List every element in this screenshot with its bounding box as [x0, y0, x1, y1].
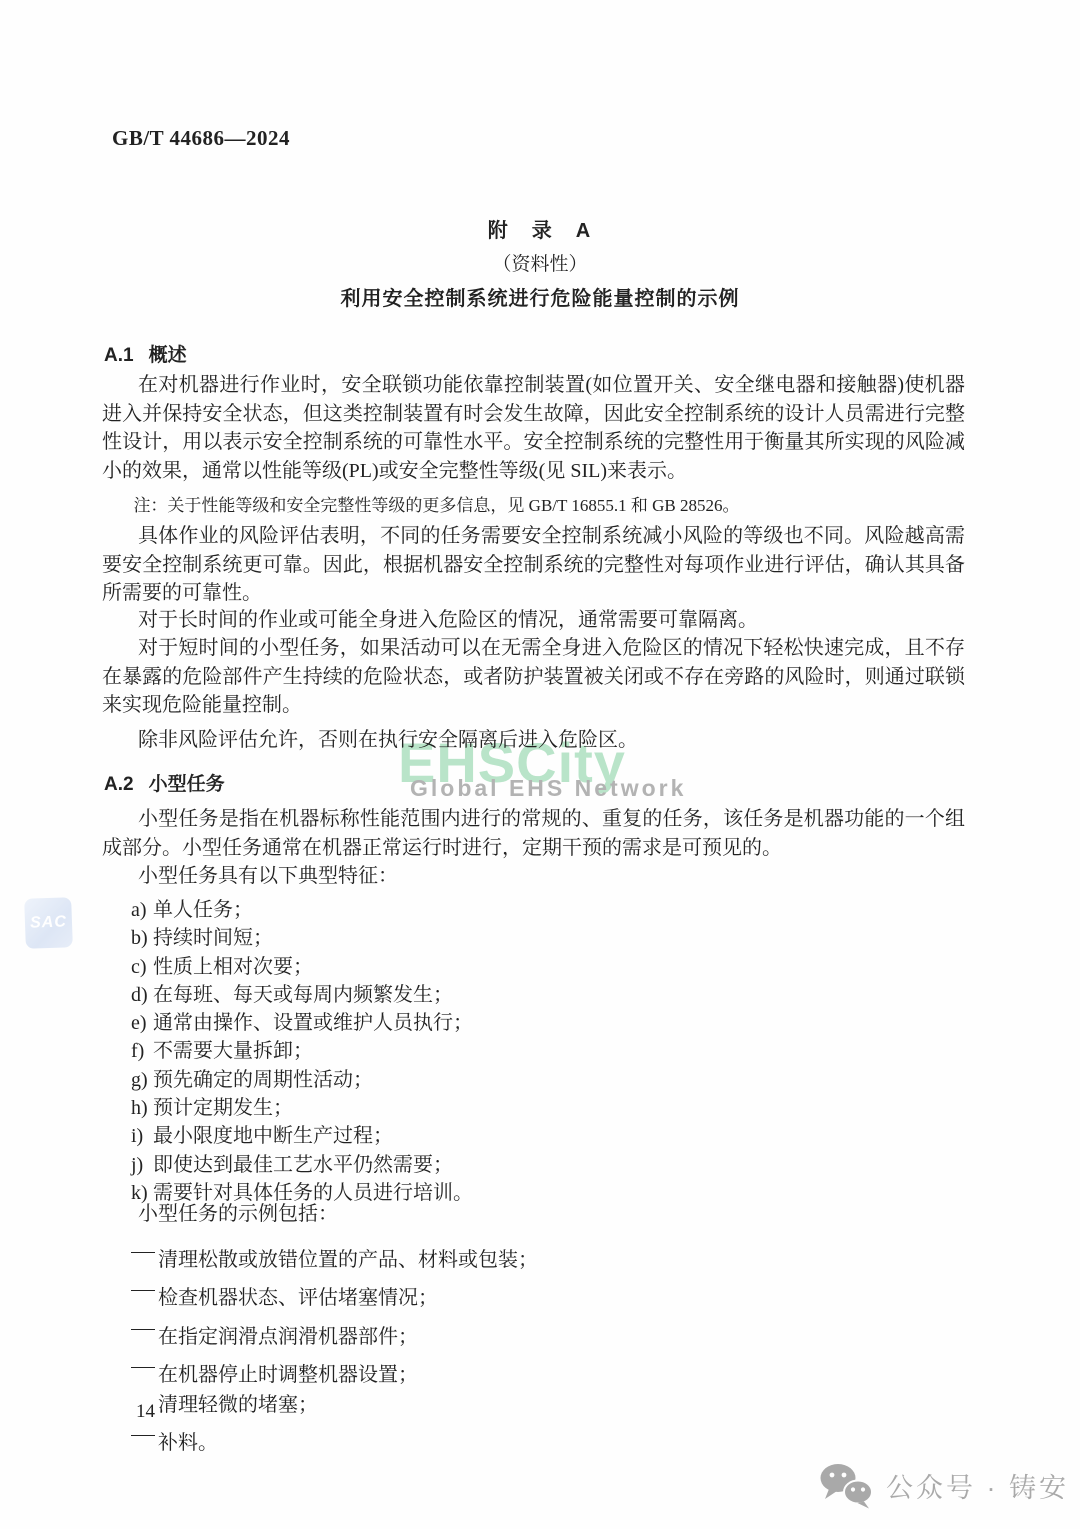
list-item-label: b)	[131, 924, 153, 952]
appendix-type: （资料性）	[0, 248, 1080, 282]
appendix-label: 附 录 A	[0, 214, 1080, 248]
section-heading-a2: A.2小型任务	[104, 769, 225, 796]
dash-item: ——检查机器状态、评估堵塞情况；	[131, 1275, 965, 1313]
paragraph: 对于短时间的小型任务，如果活动可以在无需全身进入危险区的情况下轻松快速完成，且不…	[102, 634, 965, 720]
list-item-text: 预计定期发生；	[153, 1097, 293, 1119]
list-item-label: j)	[131, 1151, 153, 1179]
paragraph: 除非风险评估允许，否则在执行安全隔离后进入危险区。	[102, 726, 965, 755]
dash-item: ——在指定润滑点润滑机器部件；	[131, 1314, 965, 1352]
watermark-tagline: Global EHS Network	[410, 775, 686, 802]
dash-item: ——清理松散或放错位置的产品、材料或包装；	[131, 1237, 965, 1275]
list-item-text: 持续时间短；	[153, 927, 273, 949]
paragraph: 对于长时间的作业或可能全身进入危险区的情况，通常需要可靠隔离。	[102, 606, 965, 635]
dash-item: 清理轻微的堵塞；	[131, 1391, 965, 1420]
wechat-account-label: 公众号 · 铸安	[886, 1466, 1069, 1505]
list-item: j)即使达到最佳工艺水平仍然需要；	[131, 1151, 965, 1179]
list-item-text: 单人任务；	[153, 899, 253, 921]
list-item-label: g)	[131, 1066, 153, 1094]
list-item-text: 最小限度地中断生产过程；	[153, 1125, 393, 1147]
list-intro: 小型任务具有以下典型特征：	[102, 862, 965, 891]
list-item: b)持续时间短；	[131, 924, 965, 952]
characteristics-list: a)单人任务； b)持续时间短； c)性质上相对次要； d)在每班、每天或每周内…	[131, 896, 965, 1207]
list-item-text: 通常由操作、设置或维护人员执行；	[153, 1012, 473, 1034]
list-item: i)最小限度地中断生产过程；	[131, 1122, 965, 1150]
examples-list: ——清理松散或放错位置的产品、材料或包装； ——检查机器状态、评估堵塞情况； —…	[131, 1237, 965, 1458]
section-number: A.1	[104, 345, 134, 366]
list-item: c)性质上相对次要；	[131, 953, 965, 981]
page-number: 14	[136, 1401, 155, 1423]
list-item-text: 性质上相对次要；	[153, 956, 313, 978]
paragraph: 在对机器进行作业时，安全联锁功能依靠控制装置(如位置开关、安全继电器和接触器)使…	[102, 371, 965, 485]
sac-logo-badge: SAC	[24, 897, 73, 949]
dash-item-text: 在机器停止时调整机器设置；	[158, 1364, 418, 1386]
section-heading-a1: A.1概述	[104, 340, 187, 367]
list-item-label: h)	[131, 1094, 153, 1122]
dash-item-text: 清理轻微的堵塞；	[158, 1394, 318, 1416]
doc-number: GB/T 44686—2024	[112, 126, 290, 151]
section-title: 小型任务	[149, 774, 225, 795]
dash-marker: ——	[131, 1237, 155, 1266]
dash-item: ——补料。	[131, 1420, 965, 1458]
dash-marker: ——	[131, 1420, 155, 1449]
dash-marker: ——	[131, 1352, 155, 1381]
wechat-icon	[818, 1462, 874, 1509]
note: 注：关于性能等级和安全完整性等级的更多信息，见 GB/T 16855.1 和 G…	[102, 494, 965, 518]
examples-intro: 小型任务的示例包括：	[102, 1200, 965, 1229]
list-item: f)不需要大量拆卸；	[131, 1037, 965, 1065]
list-item-text: 不需要大量拆卸；	[153, 1040, 313, 1062]
dash-marker: ——	[131, 1314, 155, 1343]
list-item-label: e)	[131, 1009, 153, 1037]
list-item: e)通常由操作、设置或维护人员执行；	[131, 1009, 965, 1037]
appendix-title-block: 附 录 A （资料性） 利用安全控制系统进行危险能量控制的示例	[0, 214, 1080, 316]
wechat-footer-tag: 公众号 · 铸安	[818, 1462, 1069, 1509]
list-item-label: f)	[131, 1037, 153, 1065]
dash-item: ——在机器停止时调整机器设置；	[131, 1352, 965, 1390]
list-item: h)预计定期发生；	[131, 1094, 965, 1122]
dash-item-text: 补料。	[158, 1432, 218, 1454]
section-number: A.2	[104, 774, 134, 795]
list-item-label: i)	[131, 1122, 153, 1150]
list-item: g)预先确定的周期性活动；	[131, 1066, 965, 1094]
list-item-text: 预先确定的周期性活动；	[153, 1069, 373, 1091]
paragraph: 小型任务是指在机器标称性能范围内进行的常规的、重复的任务，该任务是机器功能的一个…	[102, 805, 965, 862]
dash-item-text: 在指定润滑点润滑机器部件；	[158, 1326, 418, 1348]
dash-item-text: 清理松散或放错位置的产品、材料或包装；	[158, 1249, 538, 1271]
list-item: d)在每班、每天或每周内频繁发生；	[131, 981, 965, 1009]
section-title: 概述	[149, 345, 187, 366]
list-item-label: c)	[131, 953, 153, 981]
dash-item-text: 检查机器状态、评估堵塞情况；	[158, 1288, 438, 1310]
list-item-label: d)	[131, 981, 153, 1009]
paragraph: 具体作业的风险评估表明，不同的任务需要安全控制系统减小风险的等级也不同。风险越高…	[102, 522, 965, 608]
list-item-text: 在每班、每天或每周内频繁发生；	[153, 984, 453, 1006]
appendix-title: 利用安全控制系统进行危险能量控制的示例	[0, 282, 1080, 316]
list-item: a)单人任务；	[131, 896, 965, 924]
dash-marker: ——	[131, 1275, 155, 1304]
list-item-text: 即使达到最佳工艺水平仍然需要；	[153, 1154, 453, 1176]
document-page: EHSCity Global EHS Network SAC GB/T 4468…	[0, 0, 1080, 1529]
list-item-label: a)	[131, 896, 153, 924]
